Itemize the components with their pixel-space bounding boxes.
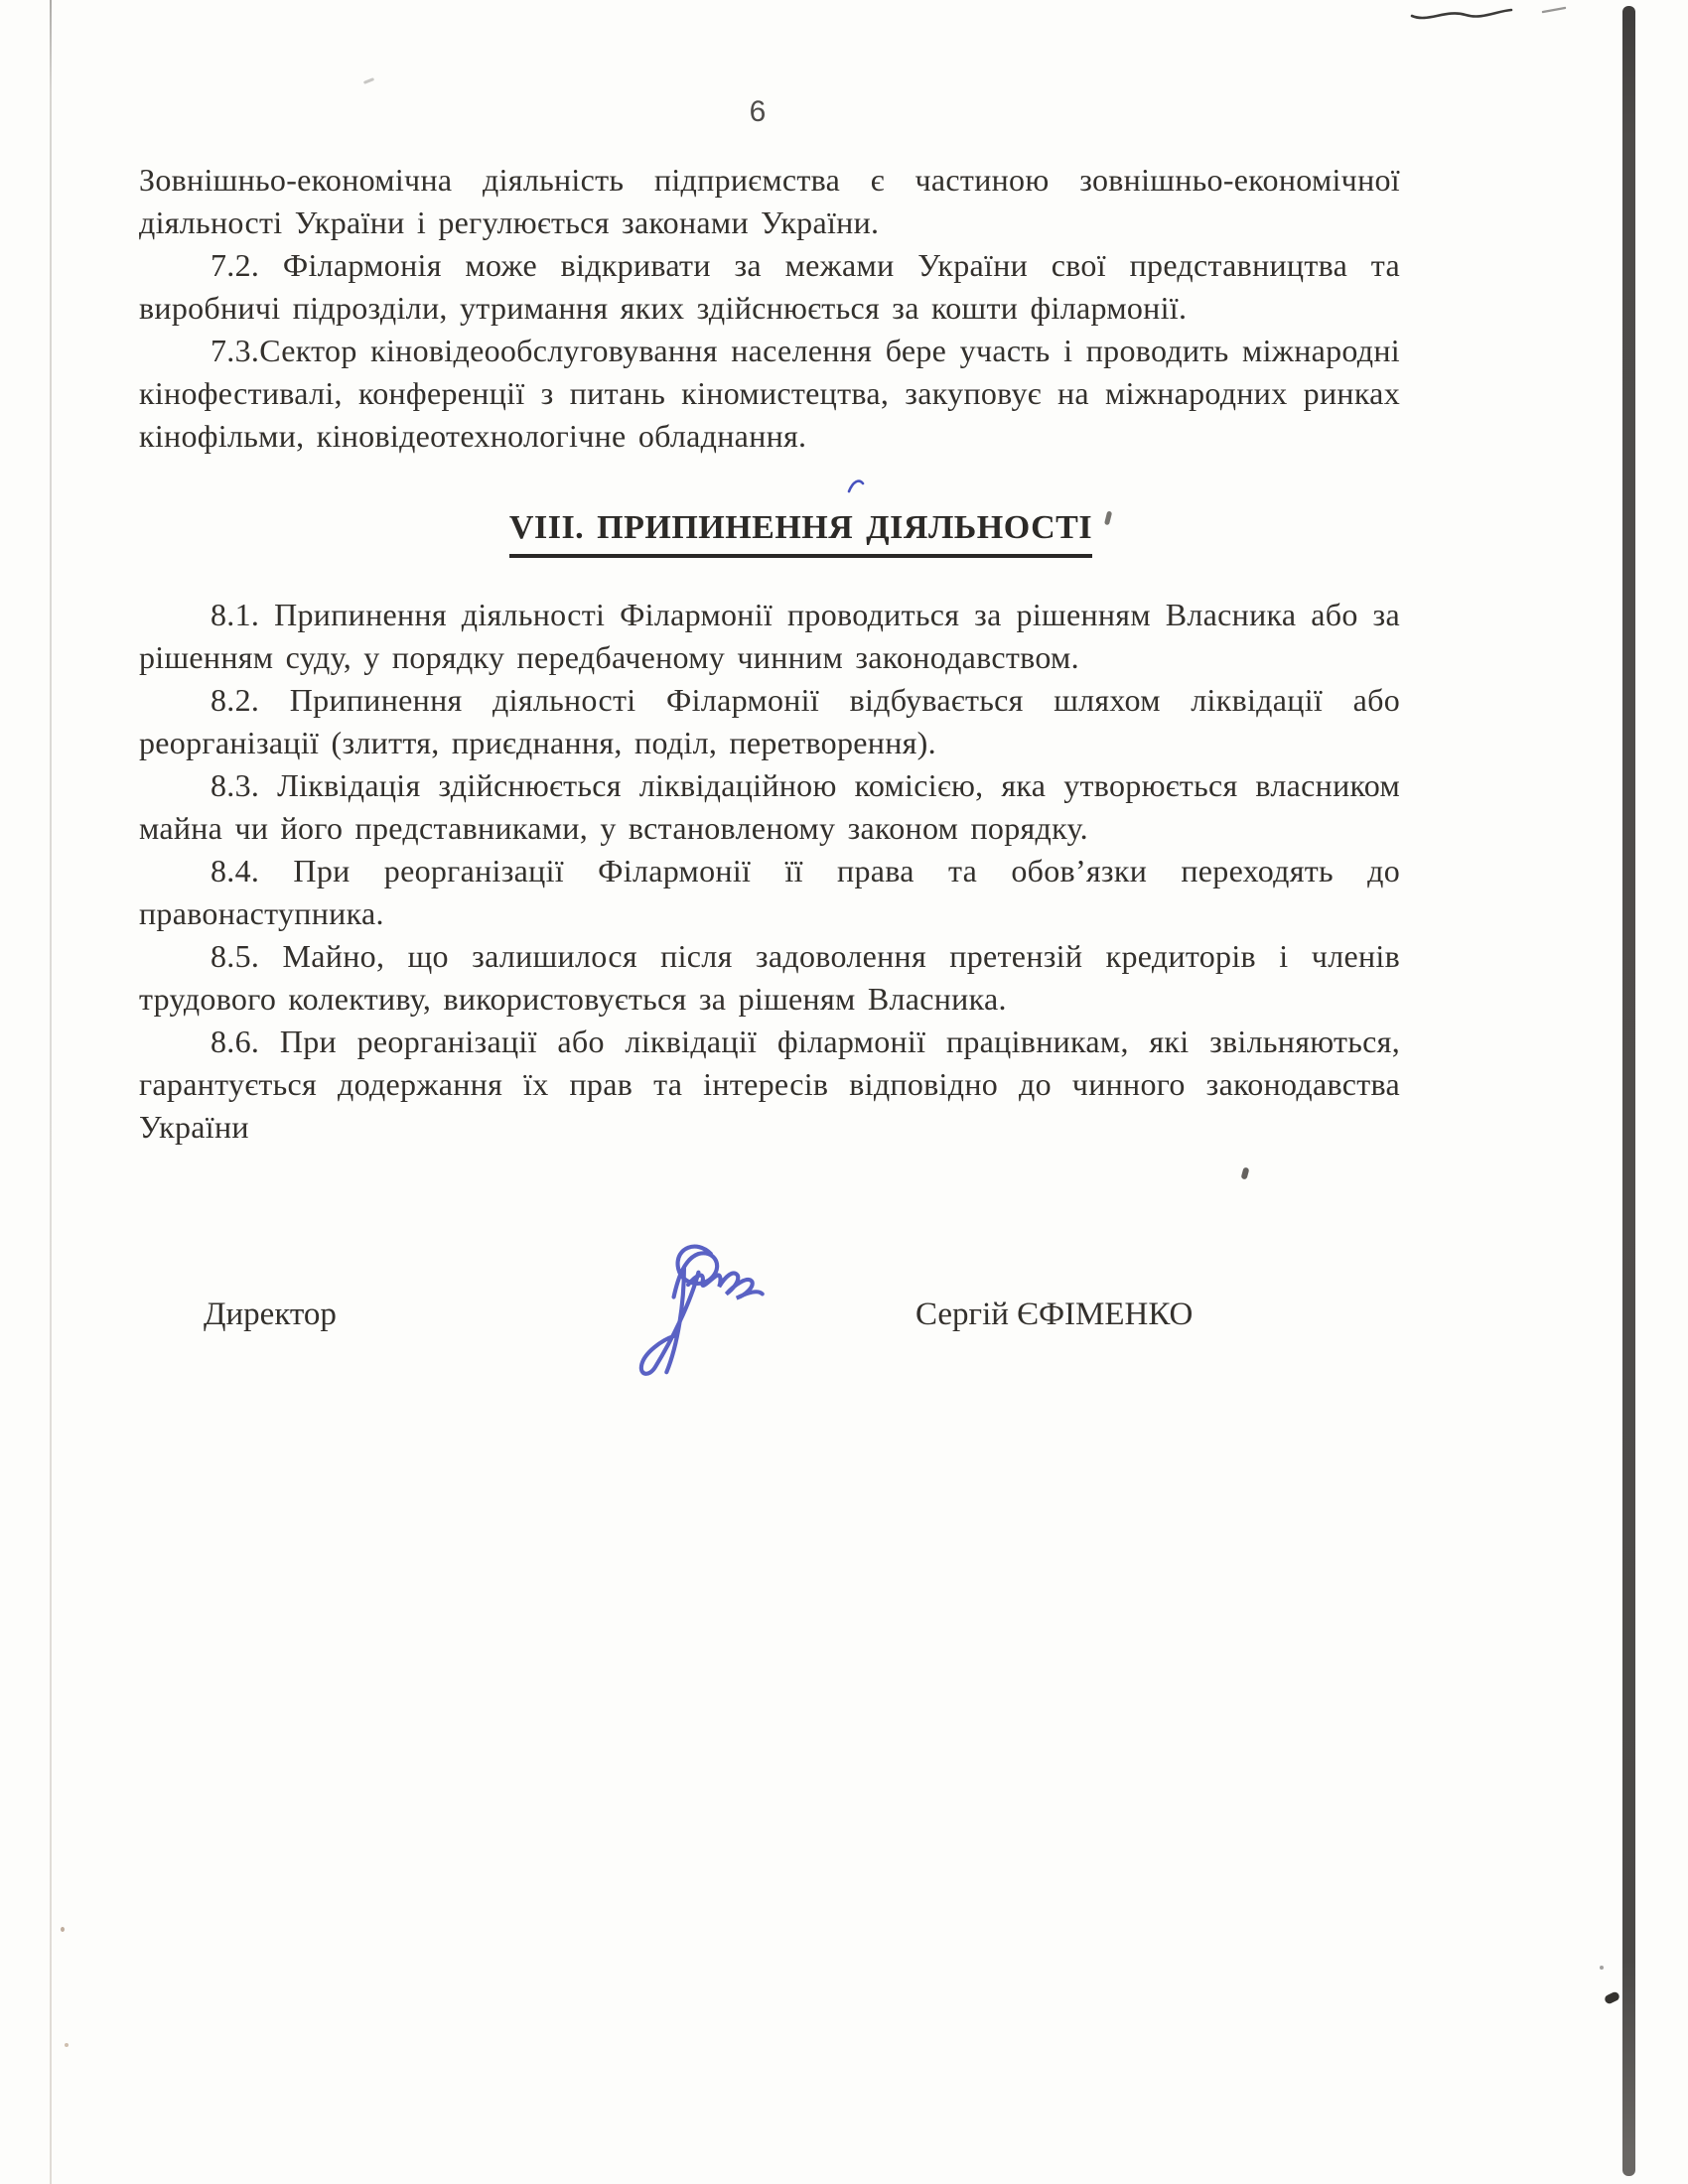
top-right-pen-scratch	[1408, 2, 1577, 28]
bottom-left-speck	[65, 2043, 69, 2047]
left-page-edge-line	[50, 0, 52, 2184]
paragraph-8-6: 8.6. При реорганізації або ліквідації фі…	[139, 1021, 1400, 1149]
handwritten-signature	[631, 1235, 770, 1384]
paragraph-7-2: 7.2. Філармонія може відкривати за межам…	[139, 244, 1400, 330]
ink-speck-after-paragraph	[1241, 1166, 1250, 1179]
bottom-left-speck	[61, 1927, 65, 1932]
section-heading: VIII. ПРИПИНЕННЯ ДІЯЛЬНОСТІ	[173, 505, 1434, 558]
document-body: Зовнішньо-економічна діяльність підприєм…	[139, 159, 1400, 1149]
paragraph-7-3: 7.3.Сектор кіновідеообслуговування насел…	[139, 330, 1400, 458]
scanned-document-page: 6 Зовнішньо-економічна діяльність підпри…	[0, 0, 1688, 2184]
bottom-right-dot	[1600, 1966, 1604, 1970]
paragraph-7-1-continuation: Зовнішньо-економічна діяльність підприєм…	[139, 159, 1400, 244]
paragraph-8-3: 8.3. Ліквідація здійснюється ліквідаційн…	[139, 764, 1400, 850]
ink-speck-after-heading	[1104, 510, 1112, 525]
paragraph-8-4: 8.4. При реорганізації Філармонії її пра…	[139, 850, 1400, 935]
signature-block: Директор Сергій ЄФІМЕНКО	[139, 1281, 1400, 1439]
signer-name: Сергій ЄФІМЕНКО	[915, 1297, 1193, 1333]
paragraph-8-5: 8.5. Майно, що залишилося після задоволе…	[139, 935, 1400, 1021]
bottom-right-ink-mark	[1604, 1990, 1620, 2004]
page-number: 6	[127, 95, 1388, 129]
paragraph-8-2: 8.2. Припинення діяльності Філармонії ві…	[139, 679, 1400, 764]
section-heading-text: VIII. ПРИПИНЕННЯ ДІЯЛЬНОСТІ	[509, 505, 1092, 558]
right-scan-edge-bar	[1622, 6, 1635, 2176]
faint-scan-wisp	[363, 77, 374, 84]
paragraph-8-1: 8.1. Припинення діяльності Філармонії пр…	[139, 594, 1400, 679]
signature-role-label: Директор	[204, 1297, 337, 1333]
blue-ink-tick	[846, 475, 866, 496]
